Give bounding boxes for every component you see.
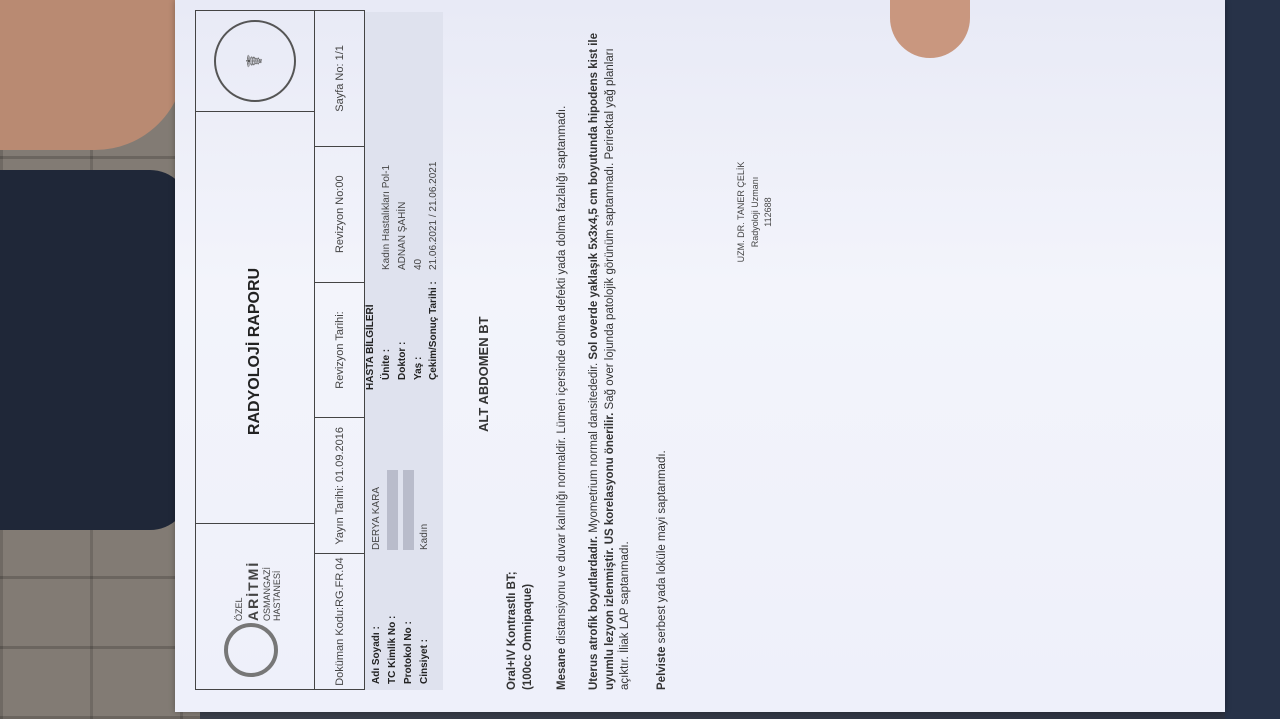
background-clothing [1225, 0, 1280, 719]
report-header: ÖZEL ARİTMİ OSMANGAZİ HASTANESİ RADYOLOJ… [195, 10, 365, 690]
revision-date: Revizyon Tarihi: [315, 282, 365, 418]
gender-label: Cinsiyet : [419, 639, 430, 684]
page-no: Sayfa No: 1/1 [315, 11, 365, 146]
date-label: Çekim/Sonuç Tarihi : [428, 281, 439, 380]
exam-date: 21.06.2021 / 21.06.2021 [428, 162, 439, 270]
radiologist-number: 112688 [762, 142, 776, 282]
patient-doctor: ADNAN ŞAHİN [397, 202, 408, 270]
report-title: RADYOLOJİ RAPORU [196, 179, 314, 524]
finding-uterus-ovary: Uterus atrofik boyutlardadır. Myometrium… [587, 20, 634, 690]
hospital-name: ARİTMİ [245, 561, 261, 621]
hospital-prefix: ÖZEL [234, 524, 245, 621]
finding-pelvis: Pelviste serbest yada loküle mayi saptan… [655, 20, 671, 690]
patient-name: DERYA KARA [371, 487, 382, 550]
hospital-subname: OSMANGAZİ HASTANESİ [262, 524, 284, 621]
document-meta-row: Doküman Kodu:RG.FR.04 Yayın Tarihi: 01.0… [314, 11, 365, 689]
ministry-of-health-seal-icon: ☤ [214, 20, 296, 102]
doctor-label: Doktor : [397, 342, 408, 380]
doc-code: Doküman Kodu:RG.FR.04 [315, 553, 365, 689]
publish-date: Yayın Tarihi: 01.09.2016 [315, 417, 365, 553]
tc-label: TC Kimlik No : [387, 616, 398, 684]
patient-age: 40 [413, 259, 424, 270]
hospital-logo: ÖZEL ARİTMİ OSMANGAZİ HASTANESİ [196, 523, 314, 689]
hospital-logo-icon [224, 623, 278, 677]
finding-bladder: Mesane distansiyonu ve duvar kalınlığı n… [555, 20, 571, 690]
protocol-label: Protokol No : [403, 621, 414, 684]
patient-unit: Kadın Hastalıkları Pol-1 [381, 165, 392, 270]
patient-section-title: HASTA BİLGİLERİ [365, 304, 376, 390]
unit-label: Ünite : [381, 349, 392, 380]
radiologist-name: UZM. DR. TANER ÇELİK [735, 142, 749, 282]
background-sleeve [0, 170, 190, 530]
age-label: Yaş : [413, 357, 424, 380]
redacted-tc [387, 470, 398, 550]
radiologist-title: Radyoloji Uzmanı [749, 142, 763, 282]
exam-title: ALT ABDOMEN BT [475, 316, 493, 432]
radiology-report-paper: ÖZEL ARİTMİ OSMANGAZİ HASTANESİ RADYOLOJ… [175, 0, 1225, 712]
revision-no: Revizyon No:00 [315, 146, 365, 282]
contrast-info: Oral+IV Kontrastlı BT; (100cc Omnipaque) [505, 571, 536, 690]
signature-block: UZM. DR. TANER ÇELİK Radyoloji Uzmanı 11… [735, 142, 776, 282]
name-label: Adı Soyadı : [371, 626, 382, 684]
patient-info: Adı Soyadı : DERYA KARA TC Kimlik No : P… [365, 12, 443, 690]
redacted-protocol [403, 470, 414, 550]
patient-gender: Kadın [419, 524, 430, 550]
